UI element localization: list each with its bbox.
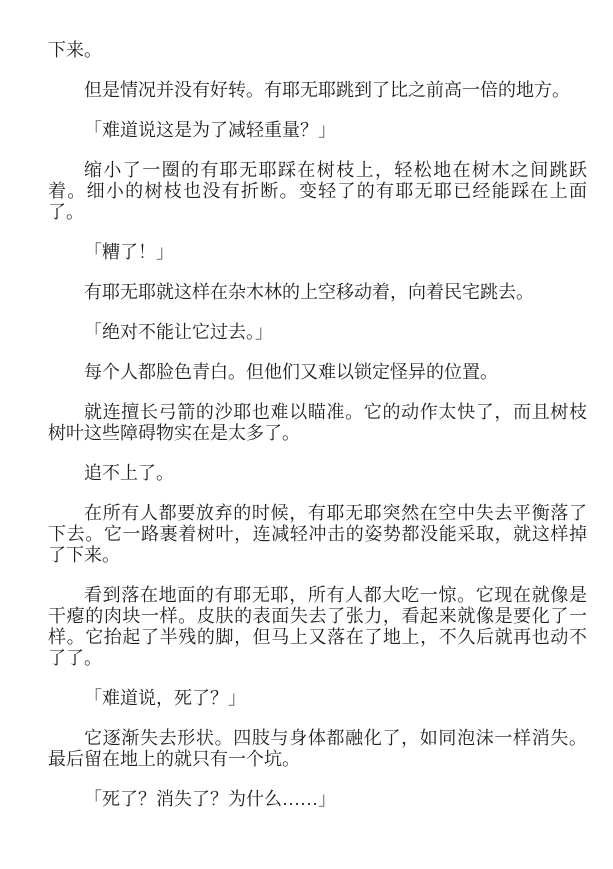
paragraph: 下来。 [48,40,587,61]
paragraph: 「绝对不能让它过去。」 [48,322,587,343]
paragraph: 但是情况并没有好转。有耶无耶跳到了比之前高一倍的地方。 [48,80,587,101]
paragraph: 有耶无耶就这样在杂木林的上空移动着，向着民宅跳去。 [48,282,587,303]
paragraph: 每个人都脸色青白。但他们又难以锁定怪异的位置。 [48,362,587,383]
paragraph: 它逐渐失去形状。四肢与身体都融化了，如同泡沫一样消失。最后留在地上的就只有一个坑… [48,728,587,770]
paragraph: 「难道说，死了？」 [48,688,587,709]
paragraph: 「死了？消失了？为什么……」 [48,789,587,810]
paragraph: 「难道说这是为了减轻重量？」 [48,120,587,141]
paragraph: 「糟了！」 [48,242,587,263]
paragraph: 看到落在地面的有耶无耶，所有人都大吃一惊。它现在就像是干瘪的肉块一样。皮肤的表面… [48,585,587,669]
paragraph: 追不上了。 [48,463,587,484]
paragraph: 就连擅长弓箭的沙耶也难以瞄准。它的动作太快了，而且树枝树叶这些障碍物实在是太多了… [48,402,587,444]
paragraph: 缩小了一圈的有耶无耶踩在树枝上，轻松地在树木之间跳跃着。细小的树枝也没有折断。变… [48,160,587,223]
document-page: 下来。但是情况并没有好转。有耶无耶跳到了比之前高一倍的地方。「难道说这是为了减轻… [0,0,613,869]
text-content: 下来。但是情况并没有好转。有耶无耶跳到了比之前高一倍的地方。「难道说这是为了减轻… [48,40,587,810]
paragraph: 在所有人都要放弃的时候，有耶无耶突然在空中失去平衡落了下去。它一路裹着树叶，连减… [48,503,587,566]
